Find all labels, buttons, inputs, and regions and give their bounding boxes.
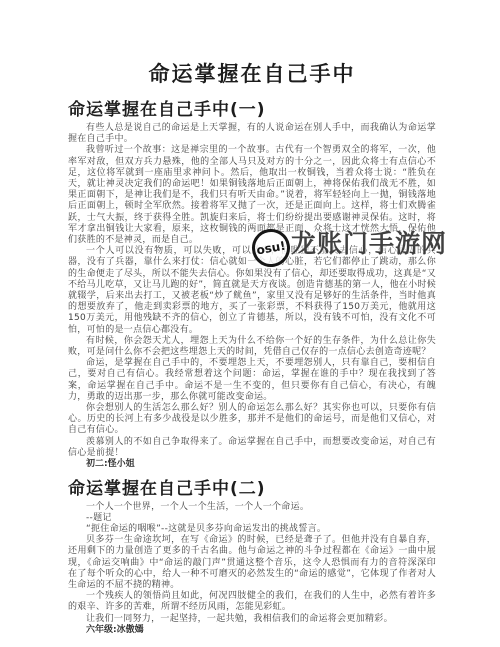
section-1-paragraph: 我曾听过一个故事：这是禅宗里的一个故事。古代有一个智勇双全的将军，一次，他率军对… <box>68 145 436 246</box>
section-2-author-byline: 六年级:冰傲嫣 <box>68 625 436 637</box>
section-1-paragraph: 有时候，你会怨天尤人，埋怨上天为什么不给你一个好的生存条件，为什么总让你失败，可… <box>68 336 436 358</box>
document-page: 命运掌握在自己手中 命运掌握在自己手中(一) 有些人总是说自己的命运是上天掌握，… <box>0 0 500 647</box>
section-1-paragraph: 羡慕别人的不如自己争取得来了。命运掌握在自己手中，而想要改变命运，对自己有信心是… <box>68 437 436 459</box>
section-1-paragraph: 命运，是掌握在自己手中的，不要埋怨上天，不要埋怨别人，只有靠自己，要相信自己，要… <box>68 358 436 403</box>
section-1-paragraph: 你会想别人的生活怎么那么好？别人的命运怎么那么好？其实你也可以，只要你有信心。历… <box>68 403 436 437</box>
section-1-author-byline: 初二:怪小姐 <box>68 459 436 471</box>
section-1-paragraph: 一个人可以没有物质，可以失败，可以放弃，但唯独不能失去信心，信心是人的兵器，没有… <box>68 246 436 336</box>
section-2-paragraph: 贝多芬一生命途坎坷，在写《命运》的时候，已经是聋子了。但他并没有自暴自弃，还用剩… <box>68 535 436 591</box>
section-1-heading: 命运掌握在自己手中(一) <box>68 95 436 120</box>
page-title: 命运掌握在自己手中 <box>68 58 436 88</box>
section-1-paragraph: 有些人总是说自己的命运是上天掌握，有的人说命运在别人手中，而我确认为命运掌握在自… <box>68 123 436 145</box>
section-2-paragraph: 一个人一个世界，一个人一个生活，一个人一个命运。 <box>68 502 436 513</box>
document-content: 命运掌握在自己手中 命运掌握在自己手中(一) 有些人总是说自己的命运是上天掌握，… <box>0 0 500 636</box>
section-2-paragraph: 一个残疾人的领悟尚且如此，何况四肢健全的我们，在我们的人生中，必然有着许多的艰辛… <box>68 591 436 613</box>
section-2-epigraph-label: --题记 <box>68 513 436 524</box>
section-2-heading: 命运掌握在自己手中(二) <box>68 474 436 499</box>
section-2-paragraph: “扼住命运的咽喉”--这就是贝多芬向命运发出的挑战誓言。 <box>68 524 436 535</box>
section-2-paragraph: 让我们一同努力，一起坚持，一起共勉，我相信我们的命运将会更加精彩。 <box>68 614 436 625</box>
